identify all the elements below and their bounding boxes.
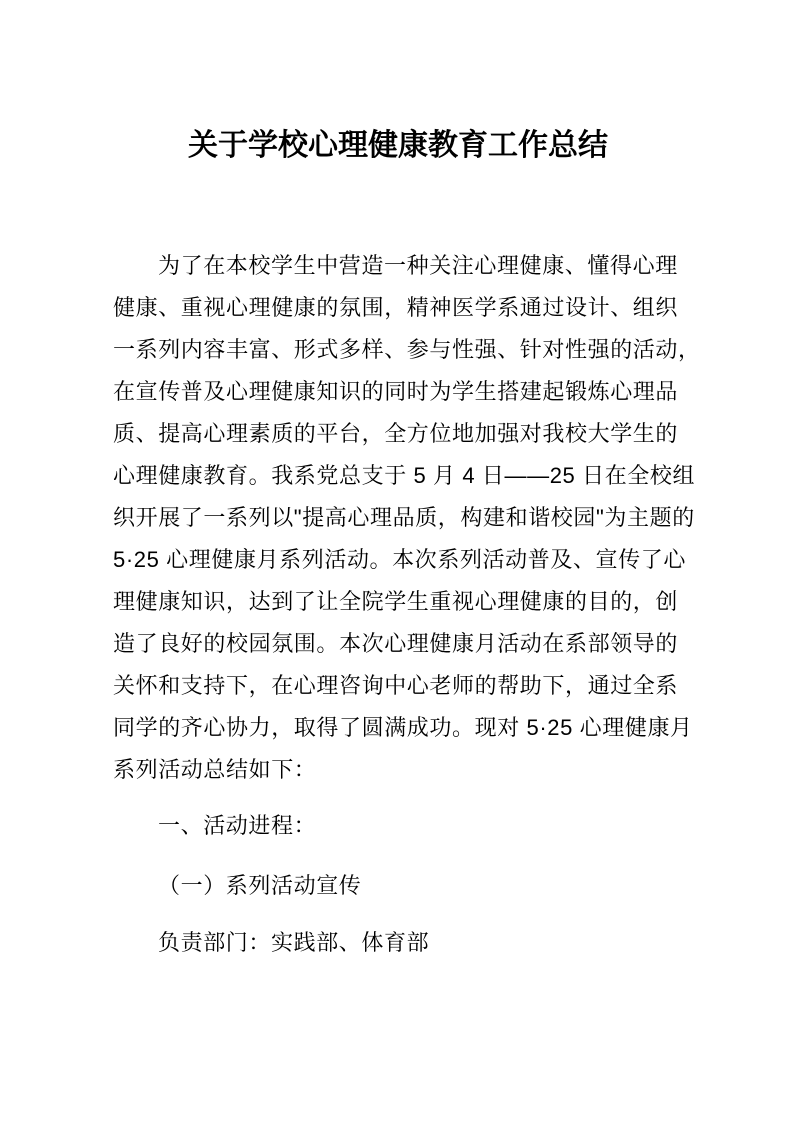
subsection-heading: （一）系列活动宣传 [113, 865, 683, 907]
body-line: 在宣传普及心理健康知识的同时为学生搭建起锻炼心理品 [113, 371, 683, 413]
body-line: 质、提高心理素质的平台，全方位地加强对我校大学生的 [113, 413, 683, 455]
body-line: 为了在本校学生中营造一种关注心理健康、懂得心理 [113, 245, 683, 287]
section-heading: 一、活动进程： [113, 805, 683, 847]
body-line: 同学的齐心协力，取得了圆满成功。现对 5·25 心理健康月 [113, 707, 683, 749]
body-line: 心理健康教育。我系党总支于 5 月 4 日——25 日在全校组 [113, 455, 683, 497]
document-content: 关于学校心理健康教育工作总结 为了在本校学生中营造一种关注心理健康、懂得心理 健… [0, 0, 793, 964]
body-line: 系列活动总结如下： [113, 749, 683, 791]
body-line: 健康、重视心理健康的氛围，精神医学系通过设计、组织 [113, 287, 683, 329]
department-line: 负责部门：实践部、体育部 [113, 922, 683, 964]
body-line: 织开展了一系列以"提高心理品质，构建和谐校园"为主题的 [113, 497, 683, 539]
body-line: 关怀和支持下，在心理咨询中心老师的帮助下，通过全系 [113, 665, 683, 707]
body-line: 理健康知识，达到了让全院学生重视心理健康的目的，创 [113, 581, 683, 623]
body-line: 5·25 心理健康月系列活动。本次系列活动普及、宣传了心 [113, 539, 683, 581]
body-line: 一系列内容丰富、形式多样、参与性强、针对性强的活动， [113, 329, 683, 371]
body-line: 造了良好的校园氛围。本次心理健康月活动在系部领导的 [113, 623, 683, 665]
body-paragraph: 为了在本校学生中营造一种关注心理健康、懂得心理 健康、重视心理健康的氛围，精神医… [113, 245, 683, 791]
document-page: 关于学校心理健康教育工作总结 为了在本校学生中营造一种关注心理健康、懂得心理 健… [0, 0, 793, 1122]
document-title: 关于学校心理健康教育工作总结 [113, 126, 683, 166]
